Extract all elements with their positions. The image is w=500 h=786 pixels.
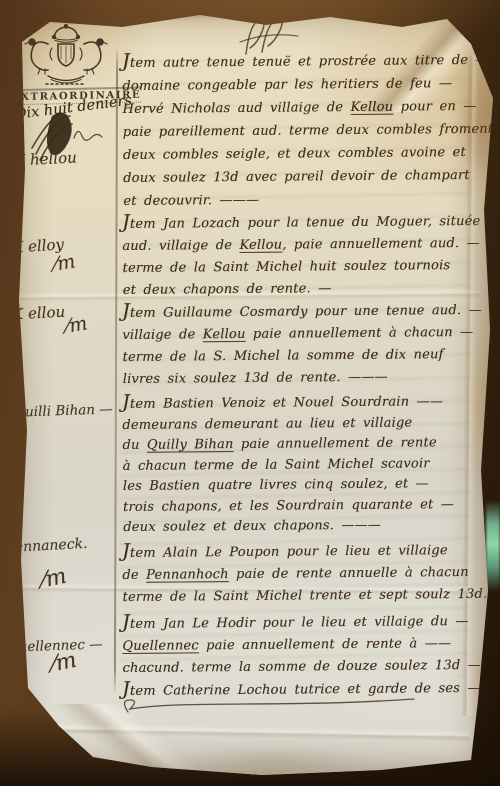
text-line: aud. villaige de Kellou, paie annuelleme… — [122, 233, 474, 258]
paragraph: Jtem Jan Lozach pour la tenue du Moguer,… — [122, 209, 475, 302]
paragraph: Jtem autre tenue tenuë et prostrée aux t… — [122, 47, 475, 213]
paragraph: Jtem Alain Le Poupon pour le lieu et vil… — [122, 538, 475, 609]
text-line: Jtem Jan Le Hodir pour le lieu et villai… — [122, 609, 474, 636]
text-line: livres six soulez 13d de rente. ——— — [123, 366, 475, 391]
manuscript-body: Jtem autre tenue tenuë et prostrée aux t… — [122, 0, 474, 786]
text-line: Jtem autre tenue tenuë et prostrée aux t… — [122, 47, 474, 75]
text-line: de Pennanhoch paie de rente annuelle à c… — [122, 562, 474, 587]
closing-rule-flourish-icon — [116, 692, 426, 722]
margin-note: ⁄m — [50, 648, 79, 678]
manuscript-photo: EXTRAORDINAIRE Dix huit deniers K hellou… — [0, 0, 500, 786]
underlined-place-name: Quellennec — [122, 638, 199, 654]
text-line: terme de la S. Michel la somme de dix ne… — [122, 344, 474, 369]
text-line: doux soulez 13d avec pareil devoir de ch… — [123, 164, 475, 190]
margin-note: ⁄m — [64, 312, 89, 337]
underlined-place-name: Quilly Bihan — [147, 437, 234, 453]
paragraph: Jtem Guillaume Cosmardy pour une tenue a… — [122, 298, 475, 391]
manuscript-page: EXTRAORDINAIRE Dix huit deniers K hellou… — [0, 0, 500, 786]
underlined-place-name: Pennanhoch — [146, 567, 229, 583]
text-line: Jtem Guillaume Cosmardy pour une tenue a… — [122, 298, 474, 325]
paragraph: Jtem Jan Le Hodir pour le lieu et villai… — [122, 609, 475, 680]
paragraph: Jtem Bastien Venoiz et Nouel Sourdrain —… — [122, 390, 475, 539]
text-line: Jtem Alain Le Poupon pour le lieu et vil… — [122, 538, 474, 565]
text-line: Hervé Nicholas aud villaige de Kellou po… — [122, 95, 474, 121]
text-line: terme de la Saint Michel huit soulez tou… — [122, 255, 474, 280]
underlined-place-name: Kellou — [203, 327, 246, 342]
text-line: villaige de Kellou paie annuellement à c… — [122, 322, 474, 347]
text-line: du Quilly Bihan paie annuellement de ren… — [122, 433, 474, 457]
text-line: trois chapons, et les Sourdrain quarante… — [123, 494, 475, 518]
margin-note: ⁄m — [40, 564, 69, 594]
text-line: terme de la Saint Michel trente et sept … — [122, 584, 474, 609]
text-line: Jtem Jan Lozach pour la tenue du Moguer,… — [122, 209, 474, 236]
margin-note: ⁄m — [52, 250, 77, 275]
text-line: paie pareillement aud. terme deux comble… — [123, 118, 475, 144]
text-line: les Bastien quatre livres cinq soulez, e… — [123, 474, 475, 498]
background-object — [486, 500, 500, 592]
margin-note: Quilli Bihan — — [14, 401, 113, 420]
text-line: deux combles seigle, et deux combles avo… — [123, 141, 475, 167]
text-line: Jtem Bastien Venoiz et Nouel Sourdrain —… — [122, 390, 474, 416]
text-line: domaine congeable par les heritiers de f… — [122, 72, 474, 98]
text-line: deux soulez et deux chapons. ——— — [123, 515, 475, 539]
underlined-place-name: Kellou — [239, 238, 282, 253]
text-line: Quellennec paie annuellement de rente à … — [122, 633, 474, 658]
underlined-place-name: Kellou — [350, 100, 393, 115]
